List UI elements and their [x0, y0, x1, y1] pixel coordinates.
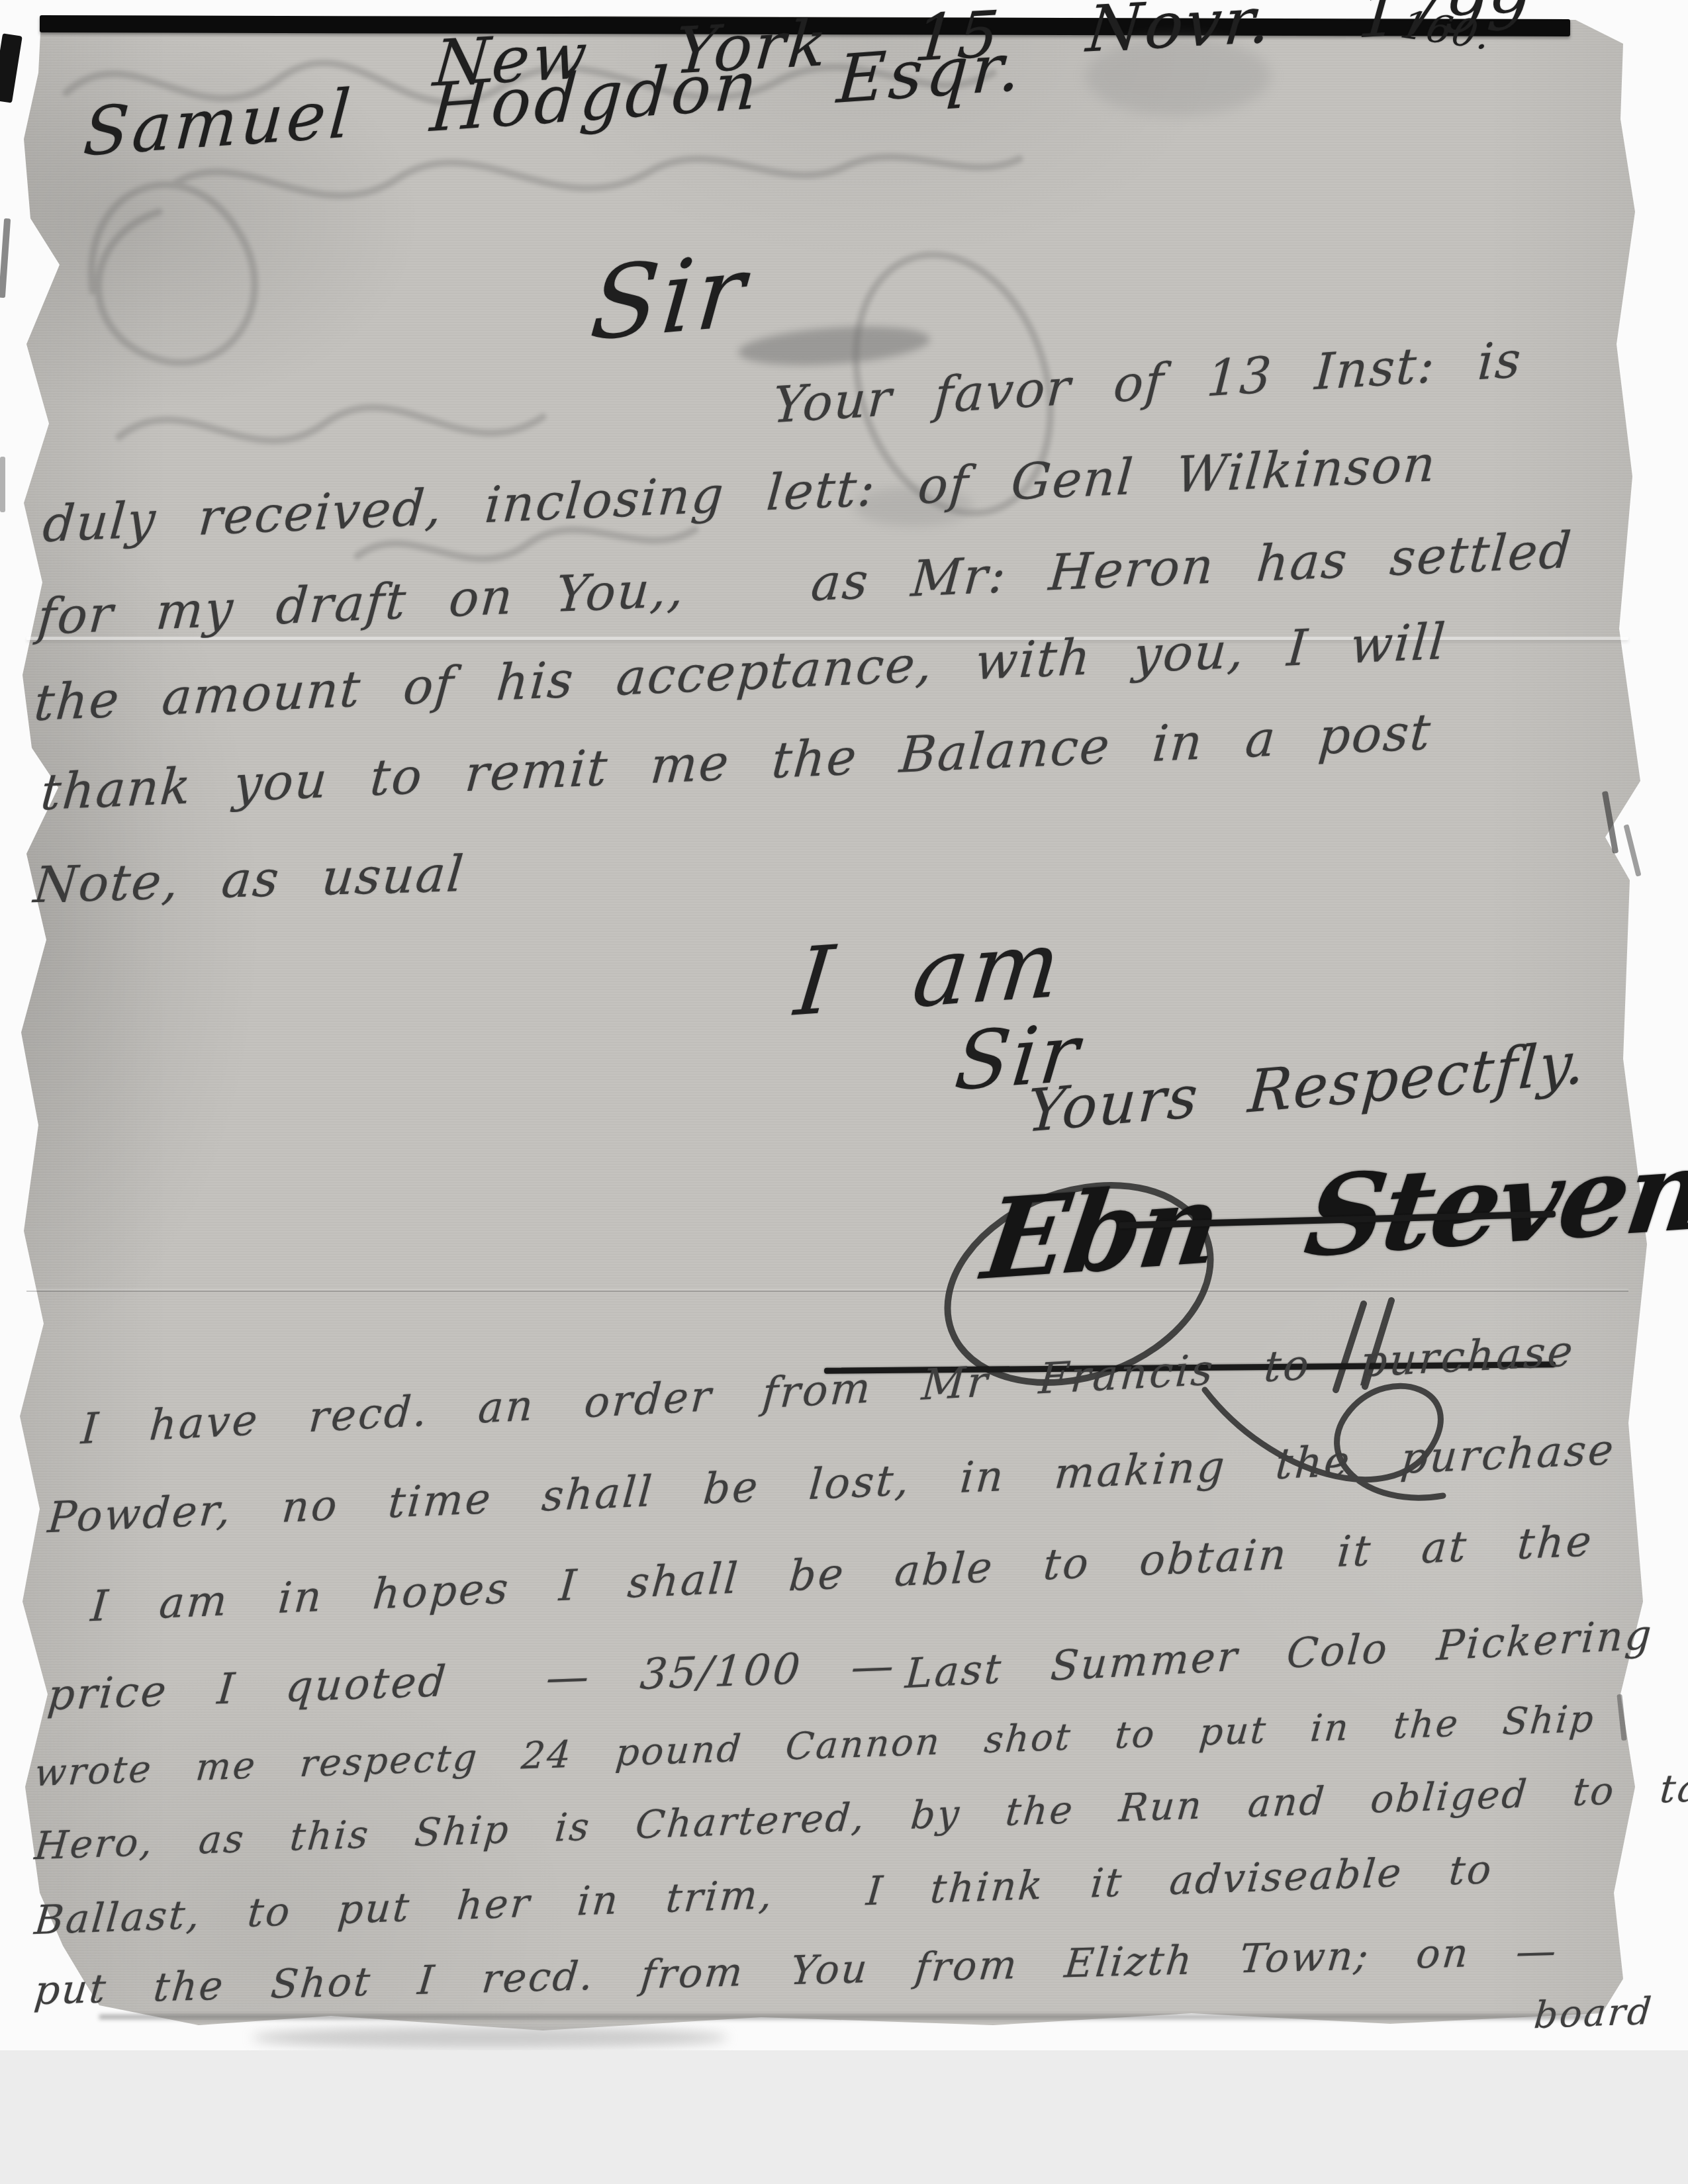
edge-tear-mark — [1623, 824, 1641, 877]
edge-tear-mark — [0, 457, 5, 512]
torn-corner-mark — [0, 33, 23, 103]
paper-bottom-smudge — [252, 2026, 728, 2049]
body-line: Note, as usual — [32, 849, 467, 910]
scanned-letter-page: 160. New York 15 Novr. 1799 Samuel Hodgd… — [0, 0, 1688, 2184]
scanner-bottom-band — [0, 2050, 1688, 2184]
salutation: Sir — [587, 241, 751, 355]
paper-bottom-shadow — [99, 2015, 1589, 2019]
edge-tear-mark — [0, 218, 11, 298]
postscript-line: board — [1532, 1993, 1654, 2034]
